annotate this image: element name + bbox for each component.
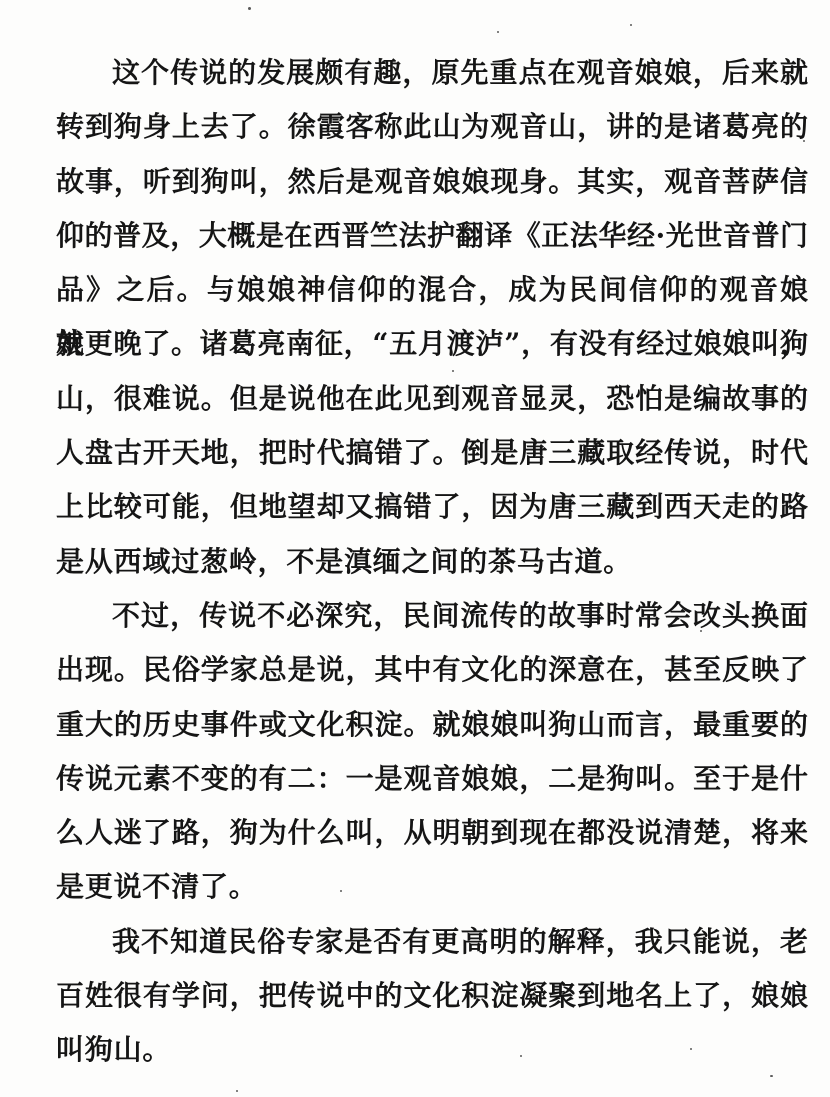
text-line: 是从西域过葱岭，不是滇缅之间的茶马古道。 <box>56 535 808 589</box>
text-line: 传说元素不变的有二：一是观音娘娘，二是狗叫。至于是什 <box>56 752 808 806</box>
text-line: 我不知道民俗专家是否有更高明的解释，我只能说，老 <box>56 915 808 969</box>
text-column: 这个传说的发展颇有趣，原先重点在观音娘娘，后来就转到狗身上去了。徐霞客称此山为观… <box>56 46 808 1078</box>
text-line: 么人迷了路，狗为什么叫，从明朝到现在都没说清楚，将来 <box>56 806 808 860</box>
text-line: 这个传说的发展颇有趣，原先重点在观音娘娘，后来就 <box>56 46 808 100</box>
text-line: 故事，听到狗叫，然后是观音娘娘现身。其实，观音菩萨信 <box>56 155 808 209</box>
scan-speck <box>452 370 454 372</box>
scan-speck <box>690 1048 692 1050</box>
text-line: 出现。民俗学家总是说，其中有文化的深意在，甚至反映了 <box>56 643 808 697</box>
scan-speck <box>497 31 499 33</box>
scan-speck <box>520 1055 522 1057</box>
text-line: 山，很难说。但是说他在此见到观音显灵，恐怕是编故事的 <box>56 372 808 426</box>
text-line: 叫狗山。 <box>56 1023 808 1077</box>
text-line: 品》之后。与娘娘神信仰的混合，成为民间信仰的观音娘娘， <box>56 263 808 317</box>
text-line: 重大的历史事件或文化积淀。就娘娘叫狗山而言，最重要的 <box>56 698 808 752</box>
scan-speck <box>248 7 251 10</box>
text-line: 转到狗身上去了。徐霞客称此山为观音山，讲的是诸葛亮的 <box>56 100 808 154</box>
text-line: 上比较可能，但地望却又搞错了，因为唐三藏到西天走的路 <box>56 480 808 534</box>
scan-speck <box>700 630 702 632</box>
scan-speck <box>630 24 632 26</box>
scan-speck <box>770 1075 773 1077</box>
text-line: 不过，传说不必深究，民间流传的故事时常会改头换面 <box>56 589 808 643</box>
text-line: 百姓很有学问，把传说中的文化积淀凝聚到地名上了，娘娘 <box>56 969 808 1023</box>
scan-speck <box>340 890 342 892</box>
scan-speck <box>803 140 805 142</box>
text-line: 是更说不清了。 <box>56 860 808 914</box>
text-line: 人盘古开天地，把时代搞错了。倒是唐三藏取经传说，时代 <box>56 426 808 480</box>
text-line: 就更晚了。诸葛亮南征，“五月渡泸”，有没有经过娘娘叫狗 <box>56 317 808 371</box>
scanned-page: 这个传说的发展颇有趣，原先重点在观音娘娘，后来就转到狗身上去了。徐霞客称此山为观… <box>0 0 830 1097</box>
scan-speck <box>160 300 162 302</box>
text-line: 仰的普及，大概是在西晋竺法护翻译《正法华经·光世音普门 <box>56 209 808 263</box>
scan-speck <box>236 1090 238 1092</box>
